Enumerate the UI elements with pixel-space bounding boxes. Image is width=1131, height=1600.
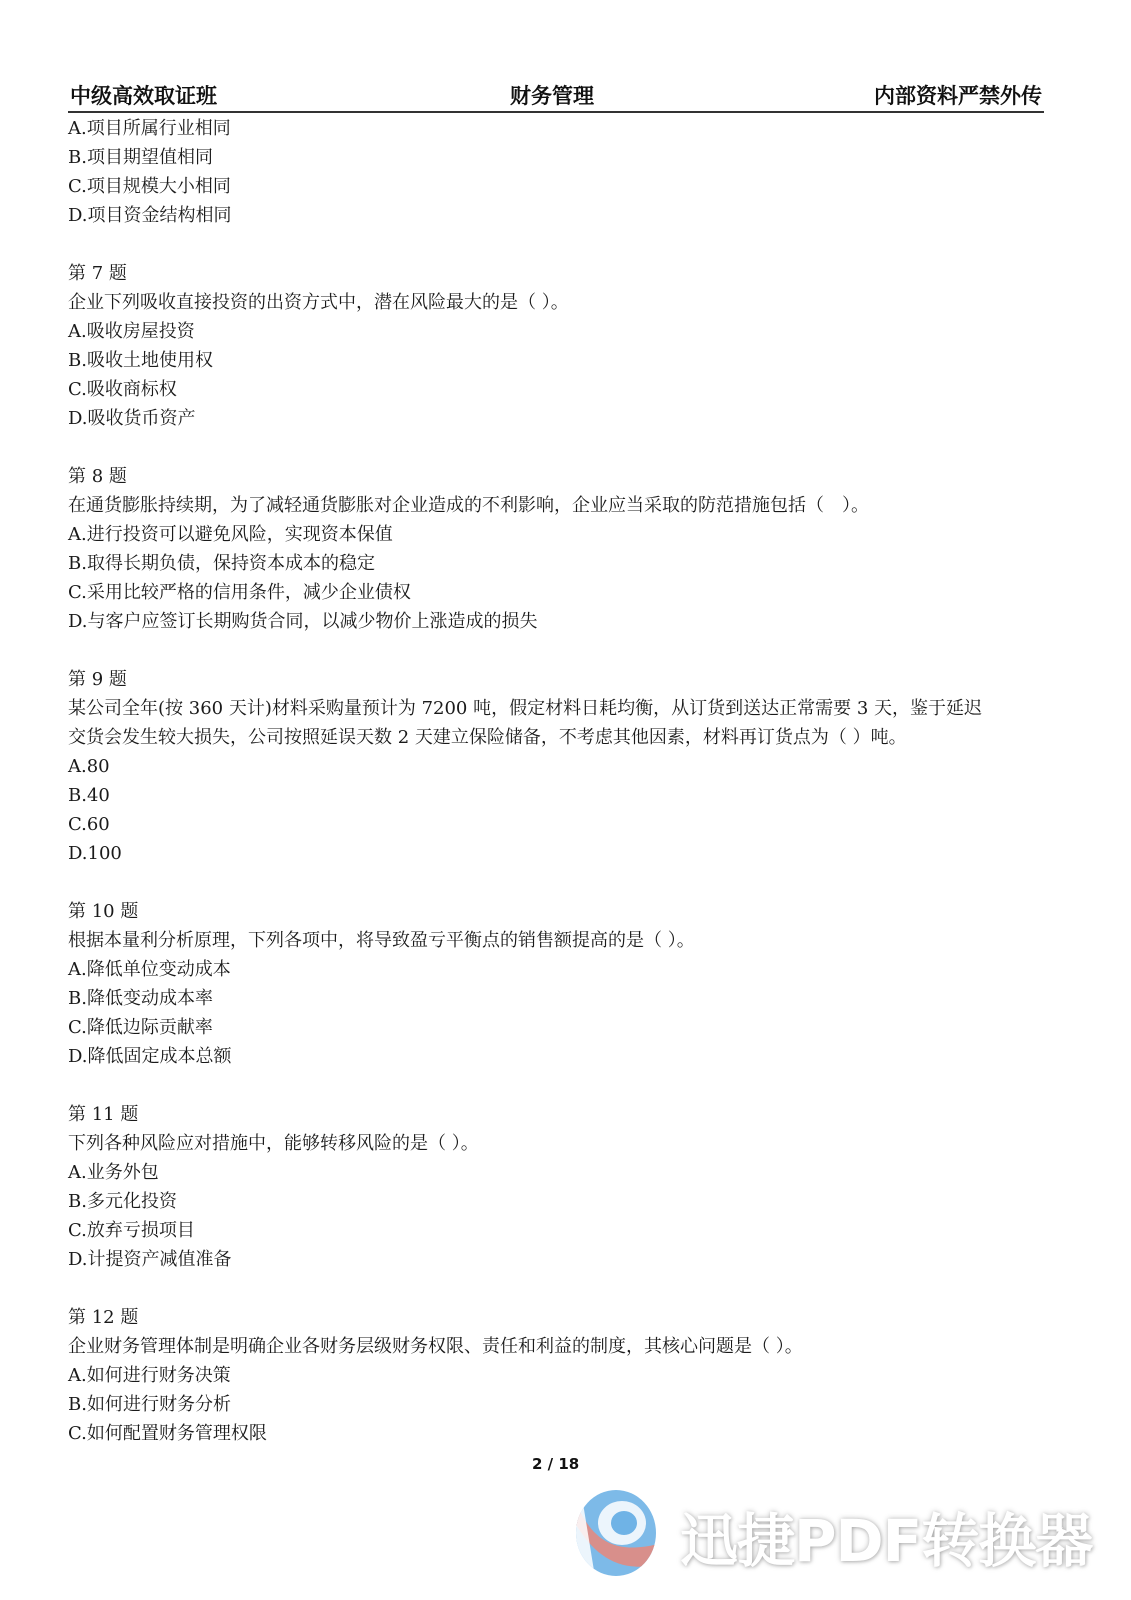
option-a: A.80 (68, 752, 1048, 781)
question-8: 第 8 题 在通货膨胀持续期，为了减轻通货膨胀对企业造成的不利影响，企业应当采取… (68, 462, 1048, 636)
watermark-text: 迅捷PDF转换器 (680, 1494, 1092, 1578)
option-d: D.与客户应签订长期购货合同，以减少物价上涨造成的损失 (68, 607, 1048, 636)
question-title: 第 11 题 (68, 1100, 1048, 1129)
question-text: 根据本量利分析原理，下列各项中，将导致盈亏平衡点的销售额提高的是（ ）。 (68, 926, 1048, 955)
question-10: 第 10 题 根据本量利分析原理，下列各项中，将导致盈亏平衡点的销售额提高的是（… (68, 897, 1048, 1071)
option-a: A.业务外包 (68, 1158, 1048, 1187)
question-text: 在通货膨胀持续期，为了减轻通货膨胀对企业造成的不利影响，企业应当采取的防范措施包… (68, 491, 1048, 520)
option-c: C.放弃亏损项目 (68, 1216, 1048, 1245)
question-title: 第 8 题 (68, 462, 1048, 491)
header-subject: 财务管理 (510, 80, 594, 110)
question-title: 第 9 题 (68, 665, 1048, 694)
option-c: C.60 (68, 810, 1048, 839)
question-11: 第 11 题 下列各种风险应对措施中，能够转移风险的是（ ）。 A.业务外包 B… (68, 1100, 1048, 1274)
question-12: 第 12 题 企业财务管理体制是明确企业各财务层级财务权限、责任和利益的制度，其… (68, 1303, 1048, 1448)
option-b: B.如何进行财务分析 (68, 1390, 1048, 1419)
option-b: B.吸收土地使用权 (68, 346, 1048, 375)
question-text: 下列各种风险应对措施中，能够转移风险的是（ ）。 (68, 1129, 1048, 1158)
continued-options: A.项目所属行业相同 B.项目期望值相同 C.项目规模大小相同 D.项目资金结构… (68, 114, 1048, 230)
option-a: A.进行投资可以避免风险，实现资本保值 (68, 520, 1048, 549)
option-c: C.吸收商标权 (68, 375, 1048, 404)
question-title: 第 10 题 (68, 897, 1048, 926)
question-title: 第 12 题 (68, 1303, 1048, 1332)
option-d: D.项目资金结构相同 (68, 201, 1048, 230)
question-7: 第 7 题 企业下列吸收直接投资的出资方式中，潜在风险最大的是（ ）。 A.吸收… (68, 259, 1048, 433)
header-course-name: 中级高效取证班 (70, 80, 217, 110)
option-c: C.降低边际贡献率 (68, 1013, 1048, 1042)
xunjie-pdf-logo-icon (572, 1487, 660, 1577)
question-text: 企业下列吸收直接投资的出资方式中，潜在风险最大的是（ ）。 (68, 288, 1048, 317)
option-d: D.计提资产减值准备 (68, 1245, 1048, 1274)
option-c: C.采用比较严格的信用条件，减少企业债权 (68, 578, 1048, 607)
option-a: A.如何进行财务决策 (68, 1361, 1048, 1390)
option-b: B.项目期望值相同 (68, 143, 1048, 172)
option-d: D.降低固定成本总额 (68, 1042, 1048, 1071)
option-d: D.100 (68, 839, 1048, 868)
question-text-line-1: 某公司全年(按 360 天计)材料采购量预计为 7200 吨，假定材料日耗均衡，… (68, 694, 1048, 723)
option-c: C.项目规模大小相同 (68, 172, 1048, 201)
option-d: D.吸收货币资产 (68, 404, 1048, 433)
option-c: C.如何配置财务管理权限 (68, 1419, 1048, 1448)
question-text-line-2: 交货会发生较大损失，公司按照延误天数 2 天建立保险储备，不考虑其他因素，材料再… (68, 723, 1048, 752)
converter-watermark: 迅捷PDF转换器 (572, 1490, 1082, 1580)
option-b: B.多元化投资 (68, 1187, 1048, 1216)
question-title: 第 7 题 (68, 259, 1048, 288)
question-9: 第 9 题 某公司全年(按 360 天计)材料采购量预计为 7200 吨，假定材… (68, 665, 1048, 868)
option-b: B.40 (68, 781, 1048, 810)
option-a: A.降低单位变动成本 (68, 955, 1048, 984)
option-b: B.取得长期负债，保持资本成本的稳定 (68, 549, 1048, 578)
document-body: A.项目所属行业相同 B.项目期望值相同 C.项目规模大小相同 D.项目资金结构… (68, 114, 1048, 1448)
page-header: 中级高效取证班 财务管理 内部资料严禁外传 (68, 78, 1044, 113)
option-b: B.降低变动成本率 (68, 984, 1048, 1013)
header-confidential-notice: 内部资料严禁外传 (874, 80, 1042, 110)
question-text: 企业财务管理体制是明确企业各财务层级财务权限、责任和利益的制度，其核心问题是（ … (68, 1332, 1048, 1361)
page-indicator: 2 / 18 (532, 1455, 579, 1473)
option-a: A.项目所属行业相同 (68, 114, 1048, 143)
option-a: A.吸收房屋投资 (68, 317, 1048, 346)
